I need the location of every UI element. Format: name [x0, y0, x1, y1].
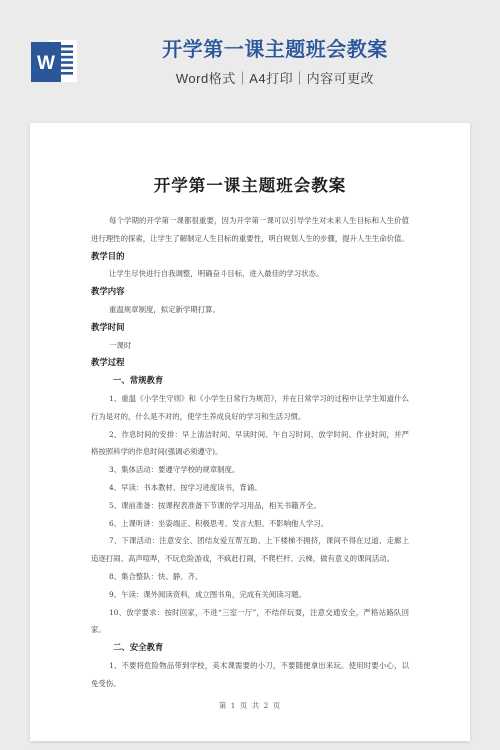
doc-body: 一课时	[91, 337, 409, 355]
doc-heading: 教学内容	[91, 283, 409, 301]
doc-subheading: 一、常规教育	[91, 372, 409, 390]
doc-subheading: 二、安全教育	[91, 639, 409, 657]
doc-body: 重温规章制度，拟定新学期打算。	[91, 301, 409, 319]
document-title: 开学第一课主题班会教案	[91, 175, 409, 197]
word-file-icon: W	[30, 38, 80, 86]
doc-body: 3、集体活动：要遵守学校的规章制度。	[91, 461, 409, 479]
doc-body: 5、课前准备：按课程表准备下节课的学习用品，相关书籍齐全。	[91, 497, 409, 515]
doc-heading: 教学时间	[91, 319, 409, 337]
doc-body: 7、下课活动：注意安全、团结友爱互帮互助、上下楼梯不拥挤，课间不得在过道、走廊上…	[91, 532, 409, 568]
word-logo-letter: W	[37, 53, 55, 74]
doc-body: 每个学期的开学第一课都很重要，因为开学第一课可以引导学生对未来人生目标和人生价值…	[91, 212, 409, 248]
template-title: 开学第一课主题班会教案	[80, 37, 470, 63]
doc-body: 10、放学要求：按时回家，不进“三室一厅”，不结伴玩耍，注意交通安全，严格站路队…	[91, 604, 409, 640]
doc-body: 9、午读：课外阅读资料，成立图书角，完成有关阅读习题。	[91, 586, 409, 604]
header-text-block: 开学第一课主题班会教案 Word格式｜A4打印｜内容可更改	[80, 37, 470, 87]
doc-body: 6、上课听讲：坐姿端正、积极思考、发言大胆、不影响他人学习。	[91, 515, 409, 533]
doc-heading: 教学目的	[91, 248, 409, 266]
document-page-preview: 开学第一课主题班会教案 每个学期的开学第一课都很重要，因为开学第一课可以引导学生…	[30, 123, 470, 741]
word-logo-icon: W	[30, 38, 80, 86]
doc-body: 8、集合整队：快、静、齐。	[91, 568, 409, 586]
doc-body: 让学生尽快进行自我调整，明确奋斗目标，进入最佳的学习状态。	[91, 265, 409, 283]
doc-body: 2、作息时间的安排：早上清洁时间、早读时间、午自习时间、放学时间、作业时间，并严…	[91, 426, 409, 462]
template-preview-header: W 开学第一课主题班会教案 Word格式｜A4打印｜内容可更改	[0, 0, 500, 110]
doc-heading: 教学过程	[91, 354, 409, 372]
doc-body: 1、不要将危险物品带到学校，美术课需要的小刀，不要随便拿出来玩。使用时要小心，以…	[91, 657, 409, 693]
template-format-info: Word格式｜A4打印｜内容可更改	[80, 68, 470, 87]
page-number-footer: 第 1 页 共 2 页	[30, 700, 470, 711]
doc-body: 4、早读：书本教材、按学习进度读书，背诵。	[91, 479, 409, 497]
doc-body: 1、重温《小学生守则》和《小学生日常行为规范》，并在日常学习的过程中让学生知道什…	[91, 390, 409, 426]
document-body: 每个学期的开学第一课都很重要，因为开学第一课可以引导学生对未来人生目标和人生价值…	[91, 212, 409, 693]
